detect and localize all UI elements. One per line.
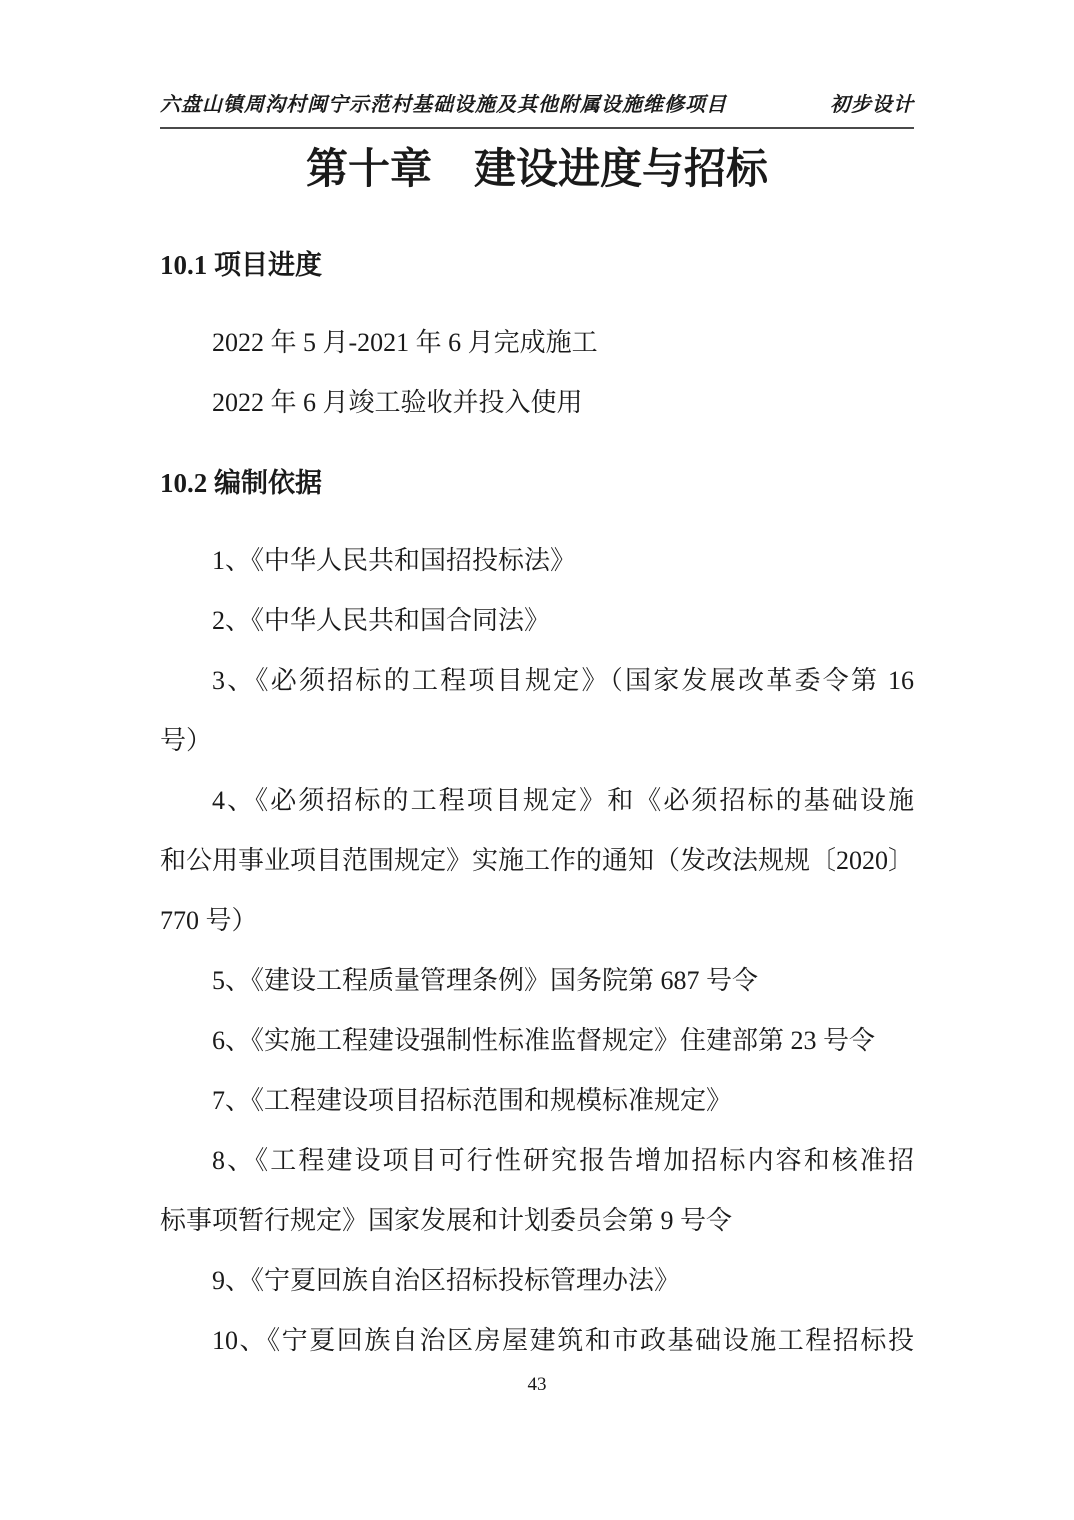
- page-header: 六盘山镇周沟村闽宁示范村基础设施及其他附属设施维修项目 初步设计: [160, 0, 914, 129]
- text-line: 标事项暂行规定》国家发展和计划委员会第 9 号令: [160, 1191, 914, 1251]
- chapter-title: 第十章 建设进度与招标: [160, 143, 914, 197]
- section-body: 2022 年 5 月-2021 年 6 月完成施工2022 年 6 月竣工验收并…: [160, 313, 914, 433]
- text-line: 10、《宁夏回族自治区房屋建筑和市政基础设施工程招标投: [160, 1311, 914, 1371]
- sections-container: 10.1 项目进度2022 年 5 月-2021 年 6 月完成施工2022 年…: [160, 247, 914, 1371]
- document-page: 六盘山镇周沟村闽宁示范村基础设施及其他附属设施维修项目 初步设计 第十章 建设进…: [160, 0, 914, 1371]
- section-heading: 10.2 编制依据: [160, 465, 914, 501]
- text-line: 8、《工程建设项目可行性研究报告增加招标内容和核准招: [160, 1131, 914, 1191]
- text-line: 770 号）: [160, 891, 914, 951]
- section-heading: 10.1 项目进度: [160, 247, 914, 283]
- page-number: 43: [528, 1374, 547, 1395]
- text-line: 4、《必须招标的工程项目规定》和《必须招标的基础设施: [160, 771, 914, 831]
- text-line: 1、《中华人民共和国招投标法》: [160, 531, 914, 591]
- text-line: 9、《宁夏回族自治区招标投标管理办法》: [160, 1251, 914, 1311]
- text-line: 2022 年 6 月竣工验收并投入使用: [160, 373, 914, 433]
- page-footer: 43: [0, 1372, 1074, 1398]
- text-line: 和公用事业项目范围规定》实施工作的通知（发改法规规〔2020〕: [160, 831, 914, 891]
- text-line: 6、《实施工程建设强制性标准监督规定》住建部第 23 号令: [160, 1011, 914, 1071]
- section: 10.1 项目进度2022 年 5 月-2021 年 6 月完成施工2022 年…: [160, 247, 914, 433]
- text-line: 3、《必须招标的工程项目规定》（国家发展改革委令第 16: [160, 651, 914, 711]
- header-doc-type: 初步设计: [830, 88, 914, 117]
- text-line: 5、《建设工程质量管理条例》国务院第 687 号令: [160, 951, 914, 1011]
- text-line: 2、《中华人民共和国合同法》: [160, 591, 914, 651]
- text-line: 2022 年 5 月-2021 年 6 月完成施工: [160, 313, 914, 373]
- section: 10.2 编制依据1、《中华人民共和国招投标法》2、《中华人民共和国合同法》3、…: [160, 465, 914, 1371]
- section-body: 1、《中华人民共和国招投标法》2、《中华人民共和国合同法》3、《必须招标的工程项…: [160, 531, 914, 1371]
- text-line: 号）: [160, 711, 914, 771]
- text-line: 7、《工程建设项目招标范围和规模标准规定》: [160, 1071, 914, 1131]
- header-project-name: 六盘山镇周沟村闽宁示范村基础设施及其他附属设施维修项目: [160, 88, 727, 117]
